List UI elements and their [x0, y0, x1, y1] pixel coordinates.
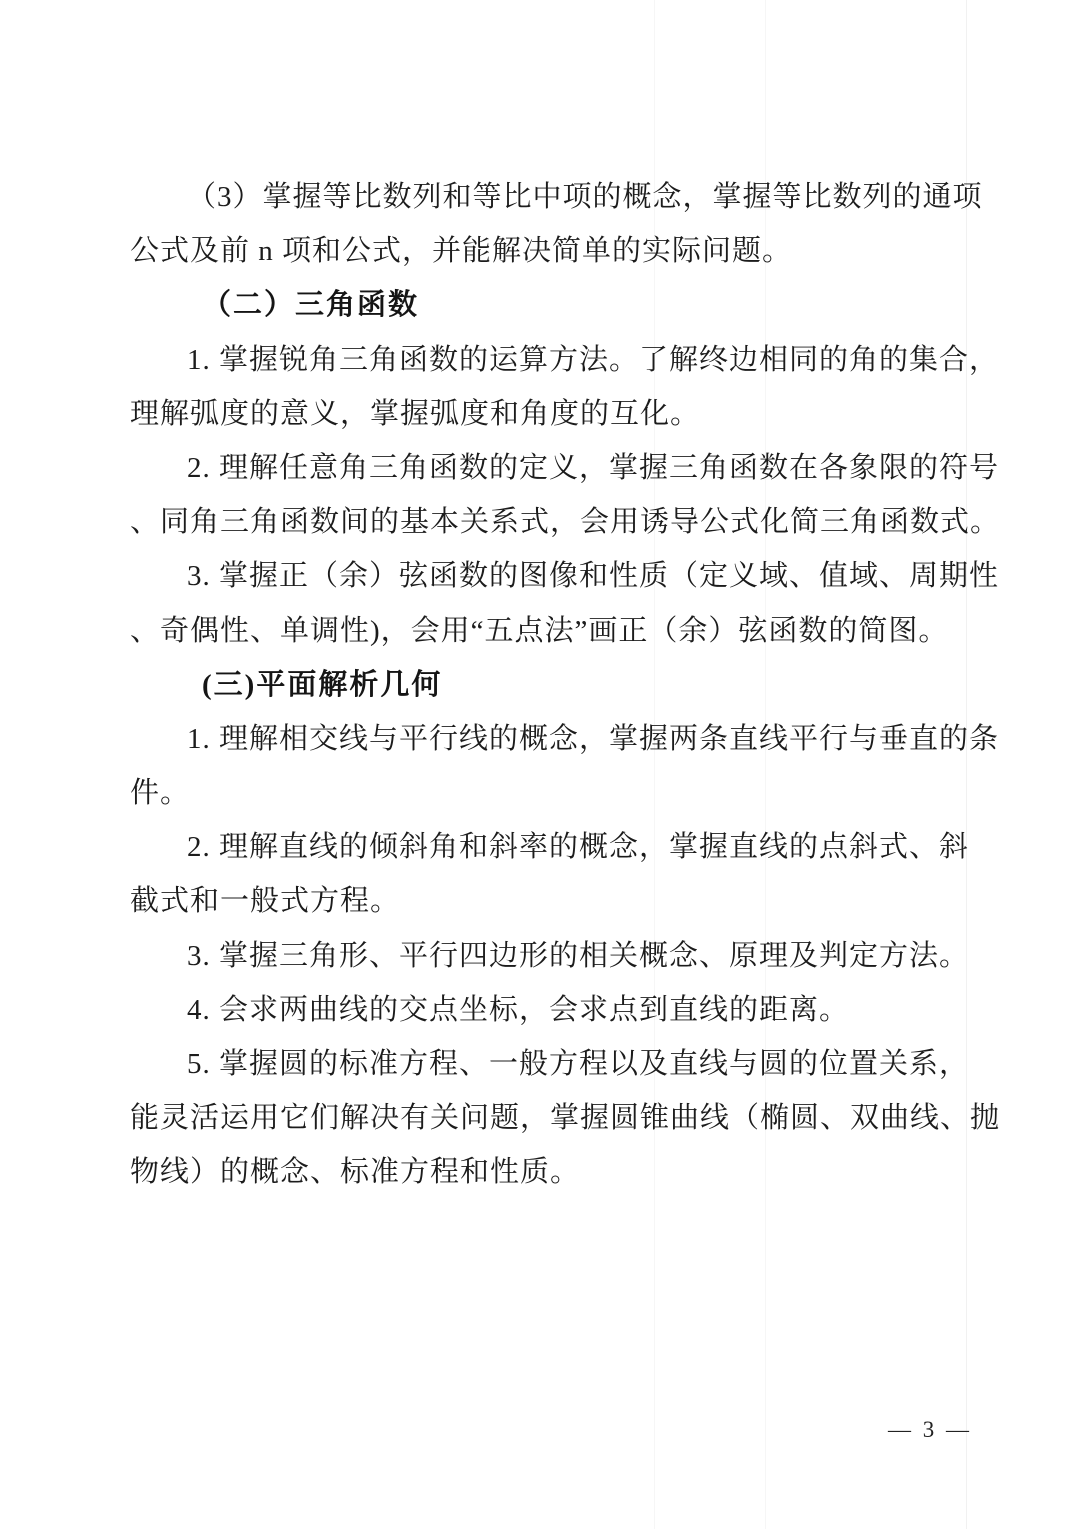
section-heading-analytic-geometry: (三)平面解析几何 [130, 658, 958, 712]
doc-line-geom-item5-2: 能灵活运用它们解决有关问题，掌握圆锥曲线（椭圆、双曲线、抛 [130, 1091, 958, 1145]
doc-line-geom-item3: 3. 掌握三角形、平行四边形的相关概念、原理及判定方法。 [130, 929, 958, 983]
doc-line-trig-item1-1: 1. 掌握锐角三角函数的运算方法。了解终边相同的角的集合， [130, 333, 958, 387]
doc-line-geom-item2-1: 2. 理解直线的倾斜角和斜率的概念，掌握直线的点斜式、斜 [130, 820, 958, 874]
doc-line-geom-item1-1: 1. 理解相交线与平行线的概念，掌握两条直线平行与垂直的条 [130, 712, 958, 766]
document-page: （3）掌握等比数列和等比中项的概念，掌握等比数列的通项 公式及前 n 项和公式，… [0, 0, 1080, 1529]
doc-line-seq-item3-2: 公式及前 n 项和公式，并能解决简单的实际问题。 [130, 224, 958, 278]
doc-line-geom-item2-2: 截式和一般式方程。 [130, 874, 958, 928]
doc-line-trig-item2-1: 2. 理解任意角三角函数的定义，掌握三角函数在各象限的符号 [130, 441, 958, 495]
doc-line-trig-item1-2: 理解弧度的意义，掌握弧度和角度的互化。 [130, 387, 958, 441]
doc-line-geom-item4: 4. 会求两曲线的交点坐标，会求点到直线的距离。 [130, 983, 958, 1037]
section-heading-trigonometry: （二）三角函数 [130, 278, 958, 332]
doc-line-trig-item2-2: 、同角三角函数间的基本关系式，会用诱导公式化简三角函数式。 [130, 495, 958, 549]
page-number: — 3 — [880, 1415, 980, 1445]
doc-line-geom-item5-3: 物线）的概念、标准方程和性质。 [130, 1145, 958, 1199]
doc-line-trig-item3-1: 3. 掌握正（余）弦函数的图像和性质（定义域、值域、周期性 [130, 549, 958, 603]
doc-line-trig-item3-2: 、奇偶性、单调性)，会用“五点法”画正（余）弦函数的简图。 [130, 604, 958, 658]
doc-line-geom-item1-2: 件。 [130, 766, 958, 820]
doc-line-seq-item3-1: （3）掌握等比数列和等比中项的概念，掌握等比数列的通项 [130, 170, 958, 224]
document-body: （3）掌握等比数列和等比中项的概念，掌握等比数列的通项 公式及前 n 项和公式，… [130, 170, 958, 1200]
doc-line-geom-item5-1: 5. 掌握圆的标准方程、一般方程以及直线与圆的位置关系， [130, 1037, 958, 1091]
